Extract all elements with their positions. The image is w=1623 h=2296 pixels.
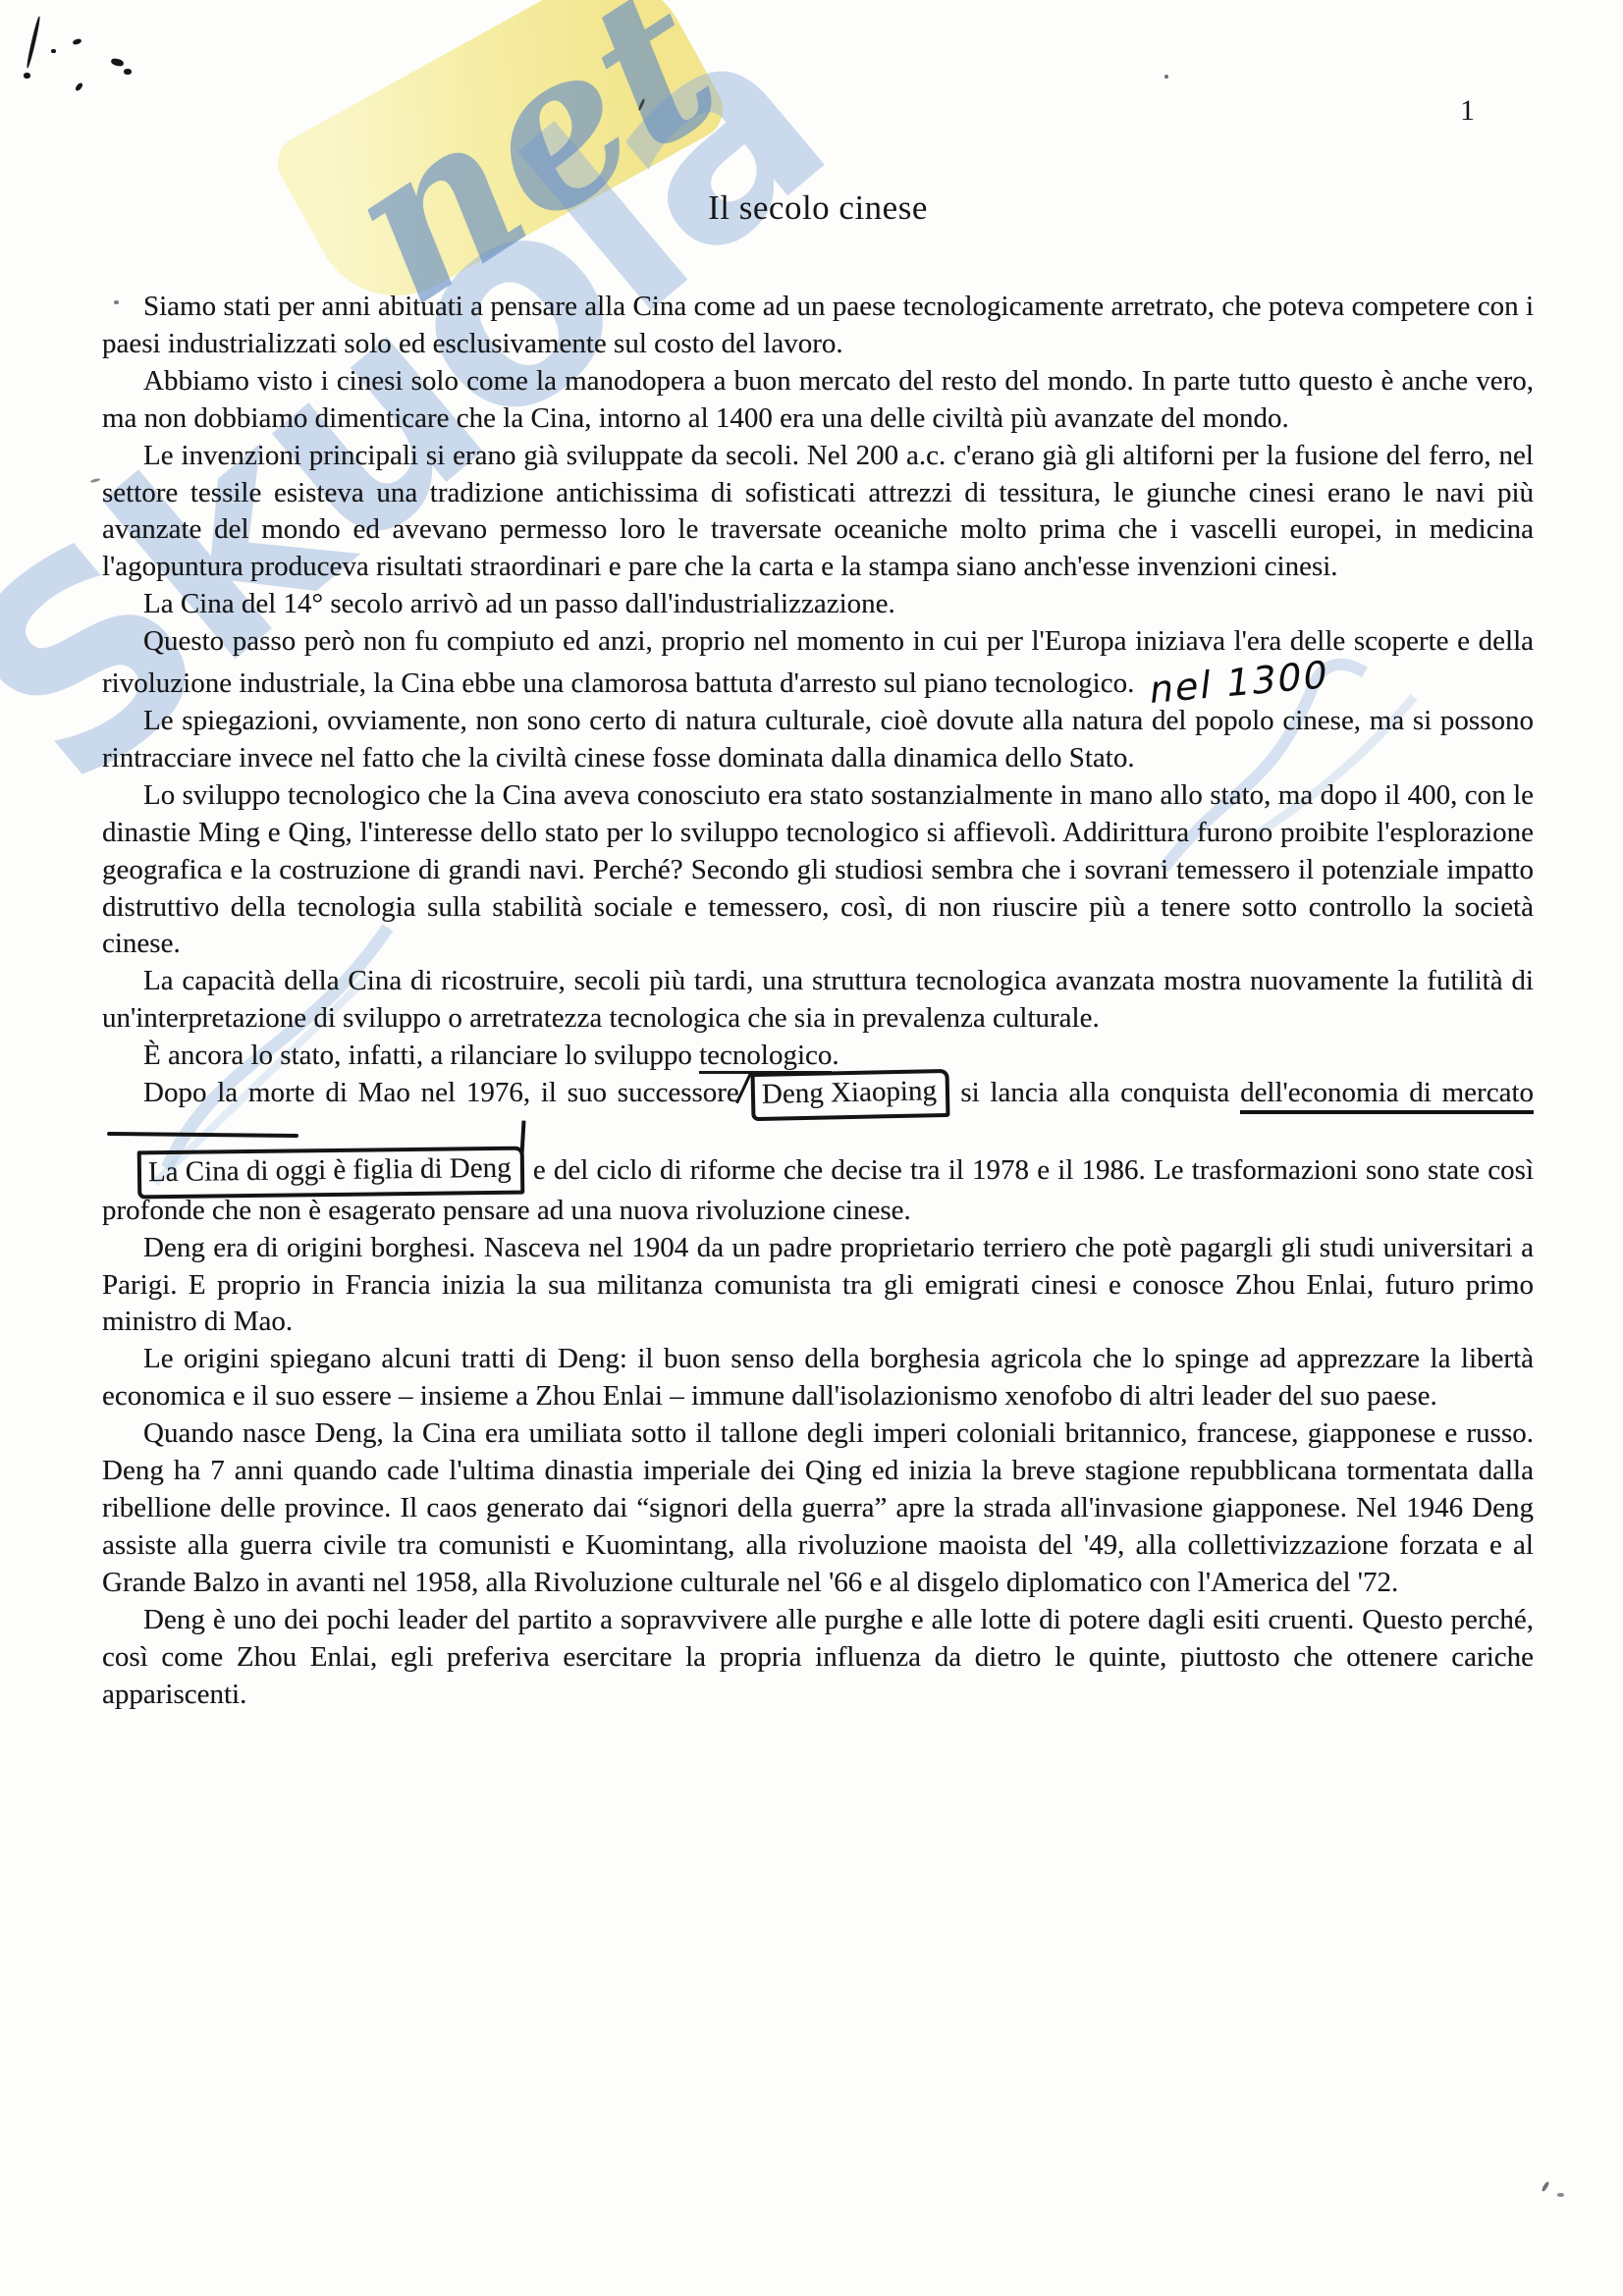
paragraph-text: Lo sviluppo tecnologico che la Cina avev… xyxy=(102,779,1534,960)
boxed-phrase: La Cina di oggi è figlia di Deng xyxy=(148,1152,512,1189)
watermark-pencil-shape xyxy=(268,0,733,326)
ink-speck xyxy=(637,98,645,111)
paragraph: Siamo stati per anni abituati a pensare … xyxy=(102,289,1534,363)
ink-speck xyxy=(1541,2181,1549,2192)
paragraph: Abbiamo visto i cinesi solo come la mano… xyxy=(102,363,1534,438)
ink-speck xyxy=(51,49,56,53)
hand-underline: dell'economia di mercato xyxy=(1240,1077,1534,1114)
paragraph-text: Quando nasce Deng, la Cina era umiliata … xyxy=(102,1417,1534,1598)
ink-speck xyxy=(26,16,41,69)
ink-speck xyxy=(24,73,30,79)
boxed-phrase: Deng Xiaoping xyxy=(761,1075,937,1110)
paragraph: Lo sviluppo tecnologico che la Cina avev… xyxy=(102,777,1534,964)
ink-speck xyxy=(1557,2193,1564,2197)
paragraph-text: Le invenzioni principali si erano già sv… xyxy=(102,440,1534,583)
paragraph-text: Abbiamo visto i cinesi solo come la mano… xyxy=(102,365,1534,434)
ink-speck xyxy=(90,478,100,483)
ink-speck xyxy=(72,38,81,46)
watermark-brand-script: net xyxy=(315,0,747,336)
page-number: 1 xyxy=(1460,96,1475,126)
paragraph-text: La Cina del 14° secolo arrivò ad un pass… xyxy=(143,588,895,619)
paragraph-text: . xyxy=(832,1040,839,1071)
paragraph: Le spiegazioni, ovviamente, non sono cer… xyxy=(102,703,1534,777)
paragraph: È ancora lo stato, infatti, a rilanciare… xyxy=(102,1038,1534,1075)
hand-drawn-box: La Cina di oggi è figlia di Deng xyxy=(137,1146,524,1199)
page-title: Il secolo cinese xyxy=(102,188,1534,228)
paragraph-text: È ancora lo stato, infatti, a rilanciare… xyxy=(143,1040,699,1071)
paragraph: Deng era di origini borghesi. Nasceva ne… xyxy=(102,1230,1534,1342)
paragraph-text: La capacità della Cina di ricostruire, s… xyxy=(102,965,1534,1034)
paragraph-text: Deng è uno dei pochi leader del partito … xyxy=(102,1604,1534,1710)
paragraph: Deng è uno dei pochi leader del partito … xyxy=(102,1602,1534,1714)
ink-speck xyxy=(1164,75,1168,79)
handwritten-note: nel 1300 xyxy=(1148,656,1331,709)
paragraph-text: si lancia alla conquista xyxy=(950,1077,1240,1108)
ink-speck xyxy=(110,57,124,67)
paragraph-text: Le spiegazioni, ovviamente, non sono cer… xyxy=(102,705,1534,774)
paragraph: La Cina di oggi è figlia di Deng e del c… xyxy=(102,1152,1534,1230)
hand-underline: tecnologico xyxy=(699,1040,832,1074)
hand-drawn-box: Deng Xiaoping xyxy=(750,1069,949,1121)
paragraph: La capacità della Cina di ricostruire, s… xyxy=(102,963,1534,1038)
paragraph: Le invenzioni principali si erano già sv… xyxy=(102,438,1534,587)
paragraph: Quando nasce Deng, la Cina era umiliata … xyxy=(102,1415,1534,1602)
paragraph-text: Dopo la morte di Mao nel 1976, il suo su… xyxy=(143,1077,750,1108)
document-page: Skuola net 1 Il secolo cinese Siamo stat… xyxy=(0,0,1623,2296)
paragraph: Dopo la morte di Mao nel 1976, il suo su… xyxy=(102,1075,1534,1152)
paragraph-text: Siamo stati per anni abituati a pensare … xyxy=(102,291,1534,359)
paragraph: La Cina del 14° secolo arrivò ad un pass… xyxy=(102,586,1534,623)
paragraph: Questo passo però non fu compiuto ed anz… xyxy=(102,623,1534,703)
paragraph-text: Le origini spiegano alcuni tratti di Den… xyxy=(102,1343,1534,1412)
paragraph: Le origini spiegano alcuni tratti di Den… xyxy=(102,1341,1534,1415)
document-body: Siamo stati per anni abituati a pensare … xyxy=(102,289,1534,1713)
hand-stroke xyxy=(107,1132,298,1138)
ink-speck xyxy=(124,69,132,75)
ink-speck xyxy=(75,81,84,91)
paragraph-text: Deng era di origini borghesi. Nasceva ne… xyxy=(102,1232,1534,1338)
